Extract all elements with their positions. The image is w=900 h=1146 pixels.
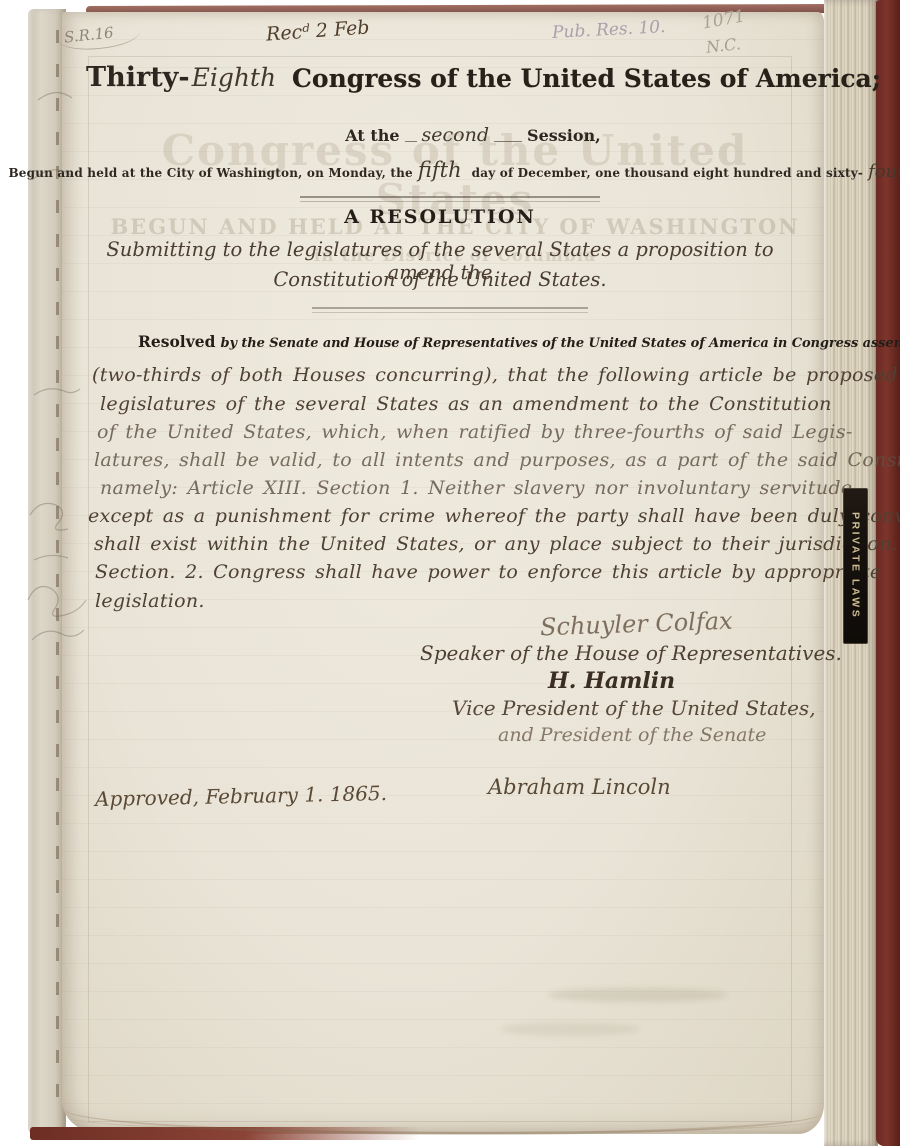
vice-president-title-line1: Vice President of the United States, [452,696,816,720]
resolution-subtitle-line2: Constitution of the United States. [88,268,792,291]
begun-day-handwritten: fifth [418,158,462,182]
resolved-word: Resolved [138,332,215,351]
session-word: Session, [527,126,601,145]
ghost-signature-smudge [548,988,728,1002]
resolved-clause: Resolved by the Senate and House of Repr… [138,332,830,351]
begun-middle: day of December, one thousand eight hund… [472,166,863,180]
body-line: latures, shall be valid, to all intents … [94,449,900,471]
body-line: of the United States, which, when ratifi… [97,421,853,443]
begun-line: Begun and held at the City of Washington… [56,158,862,182]
blank-line [494,141,522,142]
vice-president-title-line2: and President of the Senate [498,724,766,746]
body-line: except as a punishment for crime whereof… [88,505,900,527]
corner-pencil-initials: N.C. [705,34,742,57]
congress-title: Congress of the United States of America… [292,64,858,93]
divider-rule-top [300,196,600,202]
president-signature: Abraham Lincoln [488,775,671,799]
speaker-title: Speaker of the House of Representatives. [420,641,842,665]
body-line: namely: Article XIII. Section 1. Neither… [100,477,859,499]
congress-number-handwritten: Eighth [192,63,277,92]
body-line: (two-thirds of both Houses concurring), … [92,364,900,386]
session-number-handwritten: second [422,124,489,146]
blank-line [405,141,417,142]
begun-prefix: Begun and held at the City of Washington… [8,166,412,180]
body-line: shall exist within the United States, or… [94,533,898,555]
congress-number: Thirty-Eighth [86,62,276,93]
book-photograph: Congress of the United States BEGUN AND … [0,0,900,1146]
gutter-scribbles [24,60,90,660]
body-line: legislation. [95,590,205,612]
begun-year-handwritten: four. [868,161,900,182]
divider-rule-bottom [312,307,588,313]
vice-president-signature: H. Hamlin [548,668,675,694]
session-line: At the second Session, [338,124,608,146]
body-line: Section. 2. Congress shall have power to… [95,561,881,583]
resolved-text: by the Senate and House of Representativ… [221,336,900,351]
resolution-heading: A RESOLUTION [88,206,792,228]
body-line: legislatures of the several States as an… [100,393,832,415]
session-prefix: At the [345,126,399,145]
ghost-smudge-2 [500,1022,640,1036]
congress-number-printed: Thirty- [86,62,190,93]
private-laws-tab: PRIVATE LAWS [843,488,868,644]
